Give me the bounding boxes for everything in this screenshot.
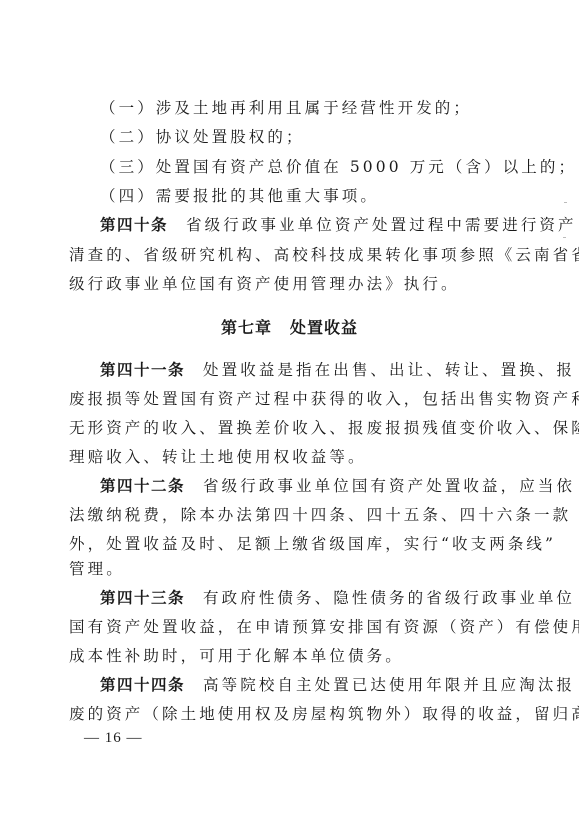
article-44-title: 第四十四条 xyxy=(100,676,185,694)
article-43-line-3: 成本性补助时，可用于化解本单位债务。 xyxy=(69,642,509,671)
article-41-line-4: 理赔收入、转让土地使用权收益等。 xyxy=(69,443,509,472)
article-41-title: 第四十一条 xyxy=(100,361,185,379)
article-40-title: 第四十条 xyxy=(100,216,168,234)
article-40-text: 省级行政事业单位资产处置过程中需要进行资产 xyxy=(186,216,577,234)
article-43-first-line: 第四十三条有政府性债务、隐性债务的省级行政事业单位 xyxy=(100,584,540,613)
list-item-1: （一）涉及土地再利用且属于经营性开发的； xyxy=(100,94,540,123)
article-42-line-4: 管理。 xyxy=(69,555,509,584)
article-40-line-3: 级行政事业单位国有资产使用管理办法》执行。 xyxy=(69,270,509,299)
article-40-line-2: 清查的、省级研究机构、高校科技成果转化事项参照《云南省省 xyxy=(69,241,509,270)
article-42-text: 省级行政事业单位国有资产处置收益，应当依 xyxy=(203,477,575,495)
article-42-line-2: 法缴纳税费，除本办法第四十四条、四十五条、四十六条一款 xyxy=(69,501,509,530)
article-42-title: 第四十二条 xyxy=(100,477,185,495)
article-43-line-2: 国有资产处置收益，在申请预算安排国有资源（资产）有偿使用 xyxy=(69,613,509,642)
chapter-heading: 第七章处置收益 xyxy=(0,313,579,342)
article-44-first-line: 第四十四条高等院校自主处置已达使用年限并且应淘汰报 xyxy=(100,671,540,700)
article-41-line-3: 无形资产的收入、置换差价收入、报废报损残值变价收入、保险 xyxy=(69,414,509,443)
list-item-3: （三）处置国有资产总价值在 5000 万元（含）以上的； xyxy=(100,153,540,182)
chapter-number: 第七章 xyxy=(221,318,272,337)
article-41-line-2: 废报损等处置国有资产过程中获得的收入，包括出售实物资产和 xyxy=(69,385,509,414)
article-40-first-line: 第四十条省级行政事业单位资产处置过程中需要进行资产 xyxy=(100,211,540,240)
article-41-text: 处置收益是指在出售、出让、转让、置换、报 xyxy=(203,361,575,379)
page-number: — 16 — xyxy=(84,730,143,747)
chapter-title: 处置收益 xyxy=(290,318,358,337)
article-44-text: 高等院校自主处置已达使用年限并且应淘汰报 xyxy=(203,676,575,694)
article-42-first-line: 第四十二条省级行政事业单位国有资产处置收益，应当依 xyxy=(100,472,540,501)
list-item-4: （四）需要报批的其他重大事项。 xyxy=(100,182,540,211)
article-43-text: 有政府性债务、隐性债务的省级行政事业单位 xyxy=(203,589,575,607)
article-43-title: 第四十三条 xyxy=(100,589,185,607)
scan-speck xyxy=(563,237,566,238)
scan-speck xyxy=(564,202,567,203)
list-item-2: （二）协议处置股权的； xyxy=(100,123,540,152)
article-44-line-2: 废的资产（除土地使用权及房屋构筑物外）取得的收益，留归高 xyxy=(69,700,509,729)
article-41-first-line: 第四十一条处置收益是指在出售、出让、转让、置换、报 xyxy=(100,356,540,385)
